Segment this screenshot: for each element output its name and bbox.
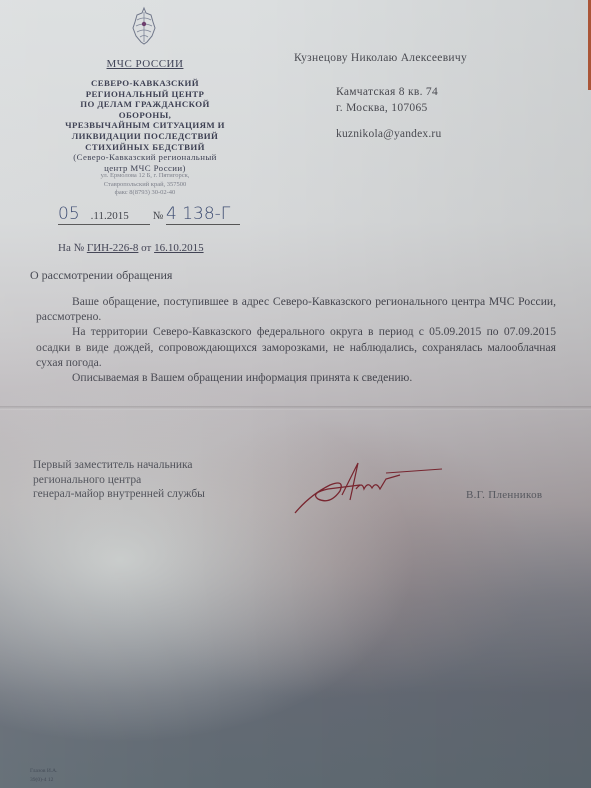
org-short-line: центр МЧС России) [55, 163, 235, 174]
org-line: ЧРЕЗВЫЧАЙНЫМ СИТУАЦИЯМ И [55, 120, 235, 131]
address-line: Ставропольский край, 357500 [60, 181, 230, 190]
org-name: МЧС РОССИИ [60, 58, 230, 70]
reference-from-label: от [141, 242, 151, 254]
reference-prefix: На № [58, 242, 84, 254]
outgoing-number: 05 .11.2015 № 4 138-Г [58, 204, 248, 226]
org-line: ЛИКВИДАЦИИ ПОСЛЕДСТВИЙ [55, 131, 235, 142]
paper-fold [0, 406, 591, 410]
org-line: СТИХИЙНЫХ БЕДСТВИЙ [55, 142, 235, 153]
address-line: ул. Ермолова 12 Б, г. Пятигорск, [60, 172, 230, 181]
outgoing-date: 05 .11.2015 [58, 204, 150, 225]
org-full-name: СЕВЕРО-КАВКАЗСКИЙ РЕГИОНАЛЬНЫЙ ЦЕНТР ПО … [55, 78, 235, 173]
signatory-title: Первый заместитель начальника региональн… [33, 458, 205, 502]
emercom-emblem-icon [131, 6, 157, 46]
letter-page: МЧС РОССИИ СЕВЕРО-КАВКАЗСКИЙ РЕГИОНАЛЬНЫ… [0, 0, 591, 788]
body-paragraph: Описываемая в Вашем обращении информация… [36, 370, 556, 385]
executor-phone: 39(0)-4 12 [30, 776, 58, 785]
body-paragraph: На территории Северо-Кавказского федерал… [36, 324, 556, 370]
handwritten-day: 05 [58, 204, 80, 224]
org-line: ПО ДЕЛАМ ГРАЖДАНСКОЙ ОБОРОНЫ, [55, 99, 235, 120]
recipient-email: kuznikola@yandex.ru [336, 128, 441, 140]
signatory-name: В.Г. Пленников [466, 489, 542, 501]
reference-line: На № ГИН-226-8 от 16.10.2015 [58, 242, 204, 254]
recipient-address: Камчатская 8 кв. 74 г. Москва, 107065 [336, 84, 438, 116]
org-line: СЕВЕРО-КАВКАЗСКИЙ [55, 78, 235, 89]
title-line: Первый заместитель начальника [33, 458, 205, 473]
recipient-name: Кузнецову Николаю Алексеевичу [294, 52, 534, 64]
month-year: .11.2015 [91, 210, 129, 222]
number-label: № [153, 210, 164, 222]
title-line: генерал-майор внутренней службы [33, 487, 205, 502]
body-paragraph: Ваше обращение, поступившее в адрес Севе… [36, 294, 556, 324]
org-line: РЕГИОНАЛЬНЫЙ ЦЕНТР [55, 89, 235, 100]
reference-number: ГИН-226-8 [87, 242, 139, 254]
handwritten-number: 4 138-Г [166, 204, 230, 224]
letter-subject: О рассмотрении обращения [30, 268, 172, 283]
handwritten-signature-icon [290, 455, 450, 525]
address-line: г. Москва, 107065 [336, 100, 438, 116]
reference-date: 16.10.2015 [154, 242, 204, 254]
org-address: ул. Ермолова 12 Б, г. Пятигорск, Ставроп… [60, 172, 230, 198]
executor-info: Глазов И.А. 39(0)-4 12 [30, 767, 58, 785]
address-line: Камчатская 8 кв. 74 [336, 84, 438, 100]
title-line: регионального центра [33, 473, 205, 488]
fax-line: факс 8(8793) 30-02-40 [60, 189, 230, 198]
org-short-line: (Северо-Кавказский региональный [55, 152, 235, 163]
letter-body: Ваше обращение, поступившее в адрес Севе… [36, 294, 556, 385]
executor-name: Глазов И.А. [30, 767, 58, 776]
